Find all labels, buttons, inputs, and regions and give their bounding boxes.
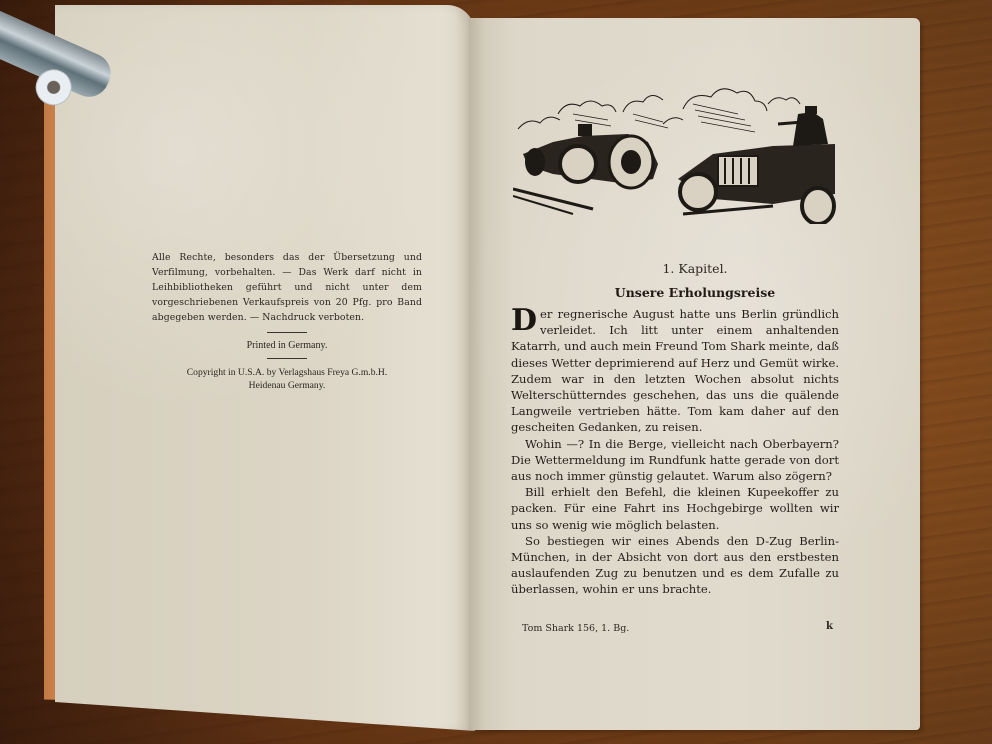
- imprint-block: Alle Rechte, besonders das der Übersetzu…: [152, 250, 422, 392]
- dropcap: D: [511, 307, 537, 335]
- divider: [267, 358, 307, 359]
- paragraph-3: Bill erhielt den Befehl, die kleinen Kup…: [511, 484, 839, 533]
- copyright-notice: Copyright in U.S.A. by Verlagshaus Freya…: [152, 366, 422, 392]
- chapter-body: Der regnerische August hatte uns Berlin …: [511, 306, 839, 598]
- paragraph-1-text: er regnerische August hatte uns Berlin g…: [511, 307, 839, 434]
- book-gutter: [455, 0, 485, 744]
- rights-notice: Alle Rechte, besonders das der Übersetzu…: [152, 250, 422, 325]
- paragraph-1: Der regnerische August hatte uns Berlin …: [511, 306, 839, 436]
- paragraph-4: So bestiegen wir eines Abends den D-Zug …: [511, 533, 839, 598]
- chapter-number: 1. Kapitel.: [470, 261, 920, 276]
- signature-mark: k: [826, 621, 833, 632]
- printer-signature: Tom Shark 156, 1. Bg.: [522, 623, 629, 634]
- printed-in-germany: Printed in Germany.: [152, 340, 422, 351]
- chapter-title: Unsere Erholungsreise: [470, 285, 920, 300]
- divider: [267, 332, 307, 333]
- car-chase-illustration-icon: [513, 84, 838, 224]
- paragraph-2: Wohin —? In die Berge, vielleicht nach O…: [511, 436, 839, 485]
- copyright-line-2: Heidenau Germany.: [152, 379, 422, 392]
- copyright-line-1: Copyright in U.S.A. by Verlagshaus Freya…: [152, 366, 422, 379]
